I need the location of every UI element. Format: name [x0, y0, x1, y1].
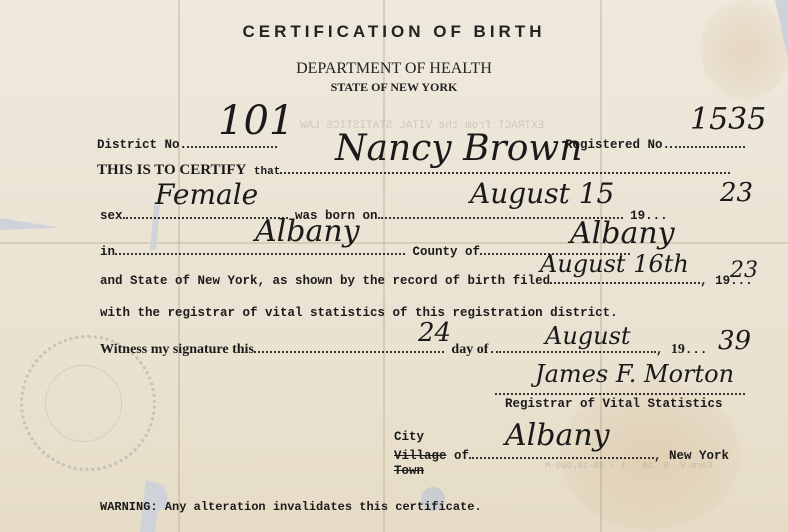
registrar-title: Registrar of Vital Statistics	[505, 397, 723, 411]
document-title: CERTIFICATION OF BIRTH	[0, 22, 788, 42]
sex-label: sex	[100, 209, 123, 223]
department-name: DEPARTMENT OF HEALTH	[0, 60, 788, 78]
birth-certificate: EXTRACT from the VITAL STATISTICS LAW Fo…	[0, 0, 788, 532]
state-name: STATE OF NEW YORK	[0, 80, 788, 95]
embossed-seal-center	[45, 365, 122, 442]
city-value: Albany	[505, 418, 610, 453]
sex-value: Female	[155, 178, 258, 211]
day-of-label: day of	[451, 342, 488, 357]
place-value: Albany	[255, 214, 360, 249]
warning-text: WARNING: Any alteration invalidates this…	[100, 500, 482, 514]
city-label: City	[394, 430, 424, 444]
name-value: Nancy Brown	[335, 128, 582, 169]
registrar-district-line: with the registrar of vital statistics o…	[100, 306, 618, 320]
of-label: of	[454, 449, 469, 463]
witness-year-prefix: 19	[671, 342, 685, 357]
witness-year-value: 39	[718, 326, 751, 356]
new-york-label: , New York	[654, 449, 729, 463]
village-label: Village	[394, 449, 447, 463]
certify-that: that	[254, 166, 280, 178]
torn-edge	[0, 218, 60, 230]
in-label: in	[100, 245, 115, 259]
county-value: Albany	[570, 216, 675, 251]
filed-date-value: August 16th	[540, 250, 689, 278]
district-value: 101	[218, 98, 294, 144]
witness-day-value: 24	[418, 318, 451, 348]
district-label: District No.	[97, 138, 187, 152]
registered-line: Registered No.	[565, 136, 745, 152]
registered-value: 1535	[690, 102, 766, 137]
filed-year-value: 23	[730, 258, 758, 283]
born-date-value: August 15	[470, 177, 614, 210]
county-label: County of	[413, 245, 481, 259]
town-label: Town	[394, 464, 424, 478]
state-record-text: and State of New York, as shown by the r…	[100, 274, 550, 288]
born-year-value: 23	[720, 178, 753, 208]
certify-label: THIS IS TO CERTIFY	[97, 162, 246, 178]
witness-month-value: August	[545, 322, 631, 350]
filed-year-prefix: 19	[715, 274, 730, 288]
witness-label: Witness my signature this	[100, 342, 254, 357]
